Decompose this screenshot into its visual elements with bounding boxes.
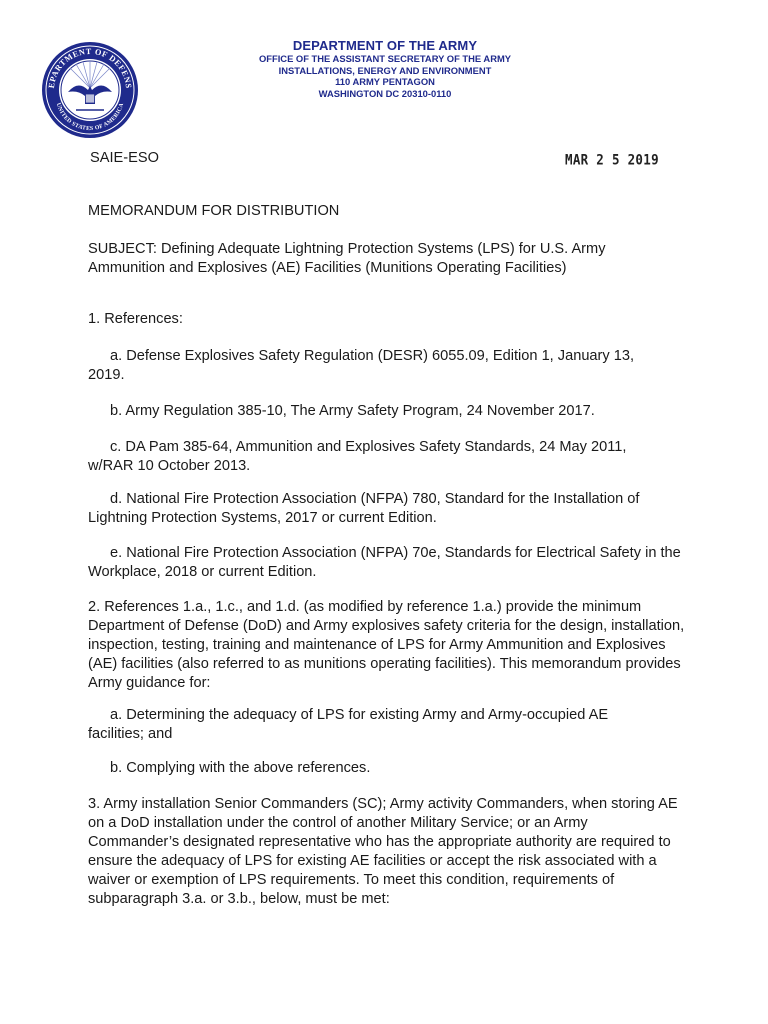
department-of-defense-seal-icon: DEPARTMENT OF DEFENSE UNITED STATES OF A… bbox=[40, 40, 140, 140]
letterhead-division: INSTALLATIONS, ENERGY AND ENVIRONMENT bbox=[230, 65, 540, 77]
reference-d: d. National Fire Protection Association … bbox=[88, 490, 688, 528]
paragraph-2-item-a: a. Determining the adequacy of LPS for e… bbox=[88, 706, 663, 744]
letterhead: DEPARTMENT OF THE ARMY OFFICE OF THE ASS… bbox=[230, 38, 540, 99]
reference-b: b. Army Regulation 385-10, The Army Safe… bbox=[88, 402, 688, 421]
letterhead-address: 110 ARMY PENTAGON bbox=[230, 76, 540, 88]
references-heading: 1. References: bbox=[88, 310, 688, 329]
paragraph-3: 3. Army installation Senior Commanders (… bbox=[88, 795, 678, 909]
reference-e: e. National Fire Protection Association … bbox=[88, 544, 688, 582]
letterhead-title: DEPARTMENT OF THE ARMY bbox=[230, 38, 540, 53]
office-symbol: SAIE-ESO bbox=[90, 150, 159, 166]
paragraph-2-item-b: b. Complying with the above references. bbox=[88, 759, 688, 778]
reference-a: a. Defense Explosives Safety Regulation … bbox=[88, 347, 663, 385]
memorandum-for: MEMORANDUM FOR DISTRIBUTION bbox=[88, 202, 688, 221]
letterhead-city: WASHINGTON DC 20310-0110 bbox=[230, 88, 540, 100]
paragraph-2: 2. References 1.a., 1.c., and 1.d. (as m… bbox=[88, 598, 688, 693]
date-stamp: MAR 2 5 2019 bbox=[565, 151, 659, 168]
letterhead-office: OFFICE OF THE ASSISTANT SECRETARY OF THE… bbox=[230, 53, 540, 65]
reference-c: c. DA Pam 385-64, Ammunition and Explosi… bbox=[88, 438, 668, 476]
subject-line: SUBJECT: Defining Adequate Lightning Pro… bbox=[88, 240, 648, 278]
